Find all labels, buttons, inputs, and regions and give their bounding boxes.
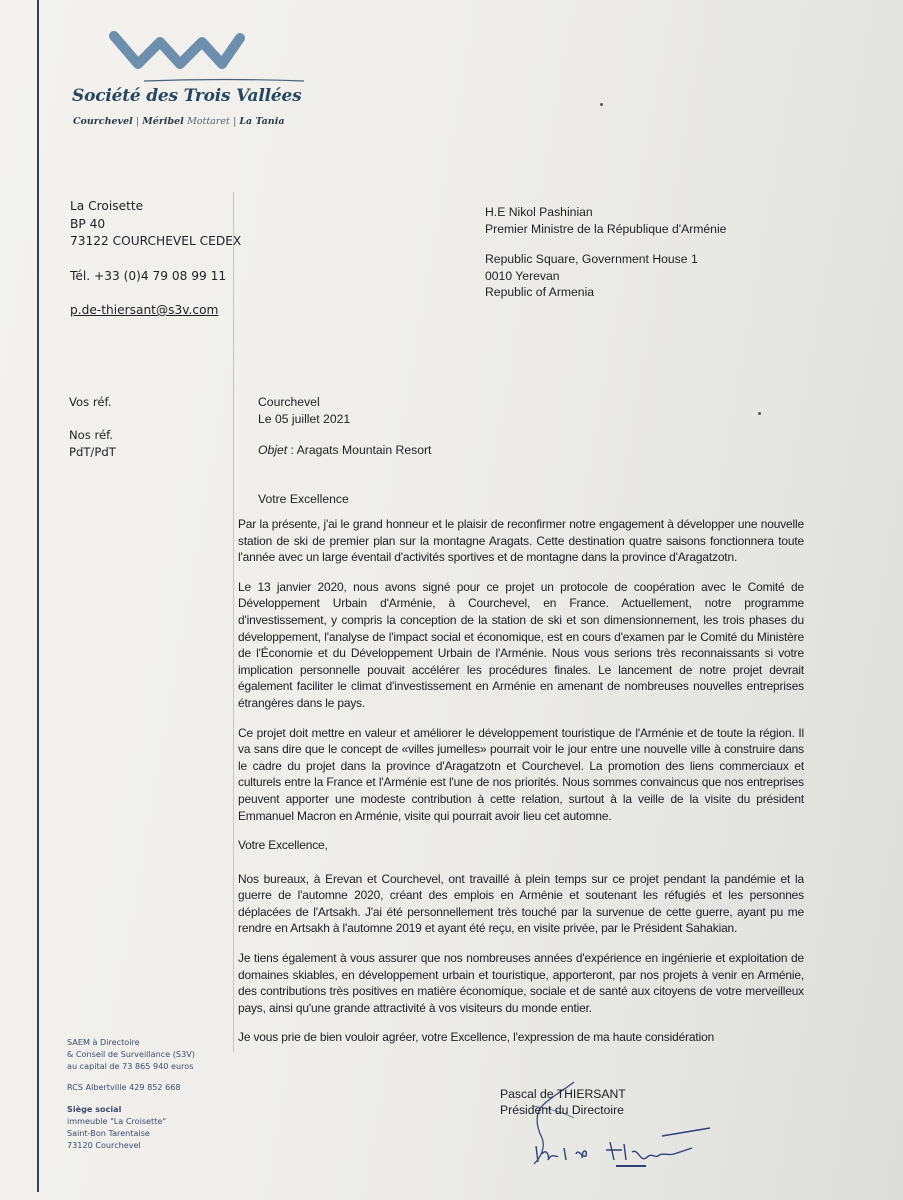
- recipient-title: Premier Ministre de la République d'Armé…: [485, 221, 726, 238]
- rcs-number: RCS Albertville 429 852 668: [67, 1082, 195, 1094]
- recipient-address-line: Republic of Armenia: [485, 284, 726, 301]
- sender-address-line: La Croisette: [70, 198, 241, 216]
- siege-line: Saint-Bon Tarentaise: [67, 1128, 195, 1140]
- company-form-line: & Conseil de Surveillance (S3V): [67, 1049, 195, 1061]
- resort-la-tania: La Tania: [239, 116, 284, 127]
- references-block: Vos réf. Nos réf. PdT/PdT: [69, 394, 116, 461]
- wave-w-logo-icon: [108, 30, 246, 72]
- subject-line: Objet : Aragats Mountain Resort: [258, 443, 431, 457]
- logo-swoosh: [144, 78, 304, 82]
- subject-label: Objet: [258, 443, 287, 457]
- recipient-address-line: 0010 Yerevan: [485, 268, 726, 285]
- column-divider: [233, 192, 234, 1052]
- resort-courchevel: Courchevel: [73, 116, 133, 127]
- resorts-line: Courchevel | Méribel Mottaret | La Tania: [73, 116, 284, 127]
- signatory-name: Pascal de THIERSANT: [500, 1086, 626, 1102]
- body-paragraph: Par la présente, j'ai le grand honneur e…: [238, 516, 804, 566]
- paper-speck: [600, 103, 603, 106]
- letter-body: Par la présente, j'ai le grand honneur e…: [238, 516, 804, 1059]
- resort-mottaret: Mottaret: [187, 116, 230, 127]
- company-form-line: au capital de 73 865 940 euros: [67, 1061, 195, 1073]
- sender-address-line: BP 40: [70, 216, 241, 234]
- letterhead-logo: Société des Trois Vallées Courchevel | M…: [66, 30, 296, 72]
- salutation: Votre Excellence: [258, 492, 349, 506]
- body-paragraph: Nos bureaux, à Erevan et Courchevel, ont…: [238, 871, 804, 937]
- body-paragraph: Le 13 janvier 2020, nous avons signé pou…: [238, 579, 804, 712]
- siege-line: immeuble "La Croisette": [67, 1116, 195, 1128]
- signatory-title: Président du Directoire: [500, 1102, 626, 1118]
- paper-speck: [758, 412, 761, 415]
- sender-phone: Tél. +33 (0)4 79 08 99 11: [70, 268, 241, 286]
- vos-ref-label: Vos réf.: [69, 394, 116, 411]
- date-place: Courchevel: [258, 394, 350, 411]
- body-salutation: Votre Excellence,: [238, 837, 804, 854]
- resort-meribel: Méribel: [142, 116, 183, 127]
- date-block: Courchevel Le 05 juillet 2021: [258, 394, 350, 428]
- company-name: Société des Trois Vallées: [72, 86, 301, 106]
- nos-ref-value: PdT/PdT: [69, 444, 116, 461]
- recipient-address-line: Republic Square, Government House 1: [485, 251, 726, 268]
- closing-formula: Je vous prie de bien vouloir agréer, vot…: [238, 1029, 804, 1046]
- body-paragraph: Ce projet doit mettre en valeur et améli…: [238, 725, 804, 825]
- recipient-name: H.E Nikol Pashinian: [485, 204, 726, 221]
- siege-line: 73120 Courchevel: [67, 1140, 195, 1152]
- sender-email-link[interactable]: p.de-thiersant@s3v.com: [70, 303, 218, 317]
- signatory-block: Pascal de THIERSANT Président du Directo…: [500, 1086, 626, 1118]
- recipient-block: H.E Nikol Pashinian Premier Ministre de …: [485, 204, 726, 301]
- company-form-line: SAEM à Directoire: [67, 1037, 195, 1049]
- nos-ref-label: Nos réf.: [69, 427, 116, 444]
- letter-date: Le 05 juillet 2021: [258, 411, 350, 428]
- subject-value: Aragats Mountain Resort: [297, 443, 432, 457]
- legal-footer: SAEM à Directoire & Conseil de Surveilla…: [67, 1037, 195, 1151]
- sender-address-line: 73122 COURCHEVEL CEDEX: [70, 233, 241, 251]
- left-margin-line: [37, 0, 39, 1192]
- sender-block: La Croisette BP 40 73122 COURCHEVEL CEDE…: [70, 198, 241, 320]
- siege-label: Siège social: [67, 1104, 195, 1116]
- body-paragraph: Je tiens également à vous assurer que no…: [238, 950, 804, 1016]
